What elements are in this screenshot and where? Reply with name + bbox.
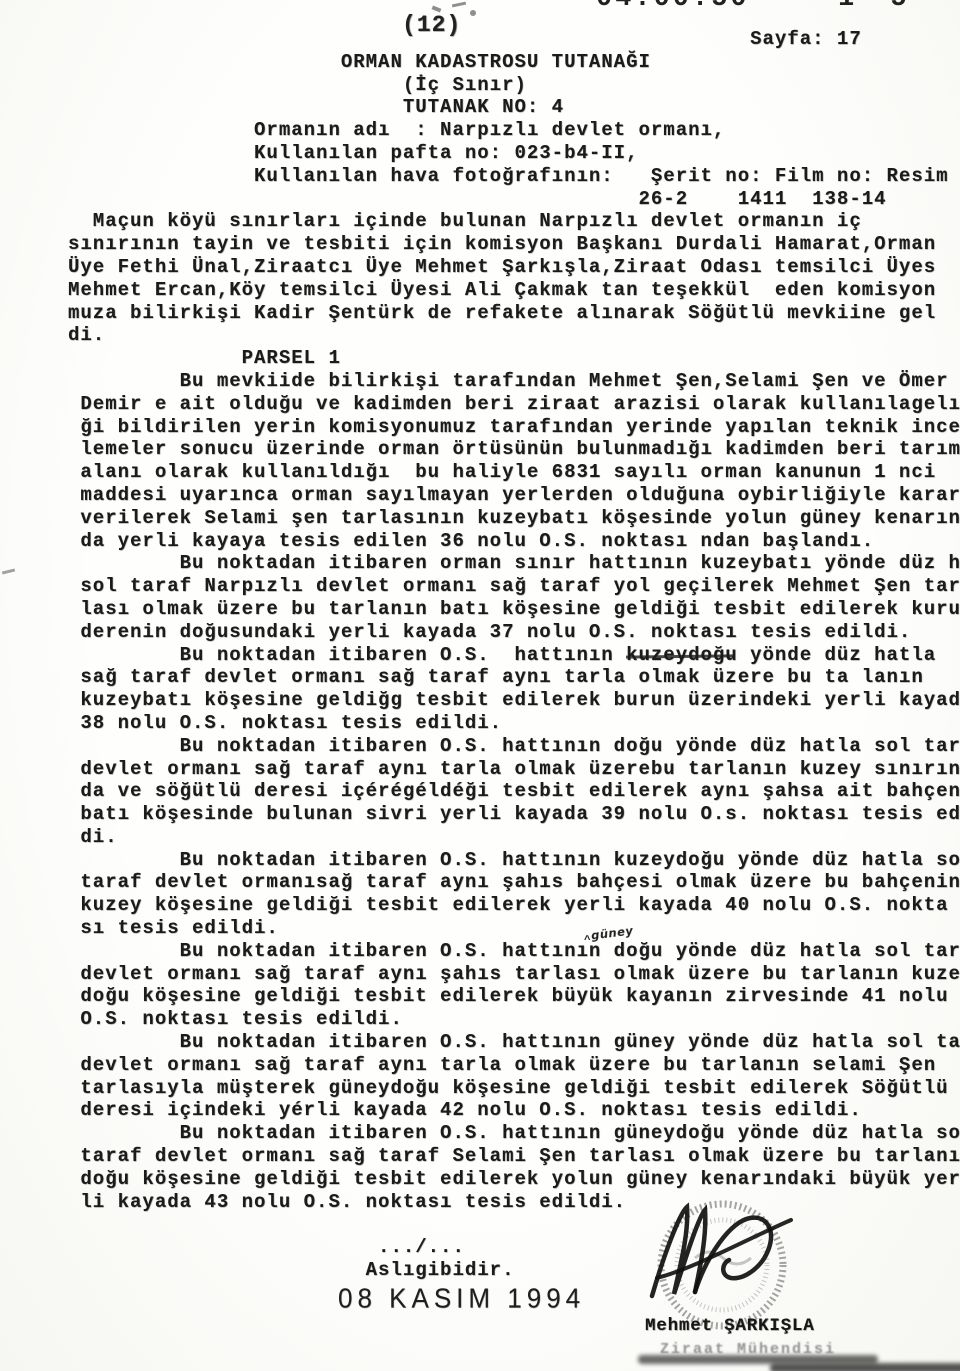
document-line: Mehmet Ercan,Köy temsilci Üyesi Ali Çakm…: [68, 279, 960, 302]
document-line: Maçun köyü sınırları içinde bulunan Narp…: [68, 210, 960, 233]
document-line: devlet ormanı sağ taraf aynı tarla olmak…: [68, 758, 960, 781]
scan-smudge: [770, 1363, 960, 1371]
document-line: O.S. noktası tesis edildi.: [68, 1008, 960, 1031]
document-line: sınırının tayin ve tesbiti için komisyon…: [68, 233, 960, 256]
document-line: Bu mevkiide bilirkişi tarafından Mehmet …: [68, 370, 960, 393]
document-line: sı tesis edildi.: [68, 917, 960, 940]
document-line: da ve söğütlü deresi içérégéldéği tesbit…: [68, 780, 960, 803]
document-line: TUTANAK NO: 4: [68, 96, 960, 119]
document-line: Üye Fethi Ünal,Ziraatcı Üye Mehmet Şarkı…: [68, 256, 960, 279]
document-line: Kullanılan hava fotoğrafının: Şerit no: …: [68, 165, 960, 188]
document-line: Sayfa: 17: [68, 28, 960, 51]
date-stamp: 08 KASIM 1994: [338, 1282, 585, 1315]
document-line: derenin doğusundaki yerli kayada 37 nolu…: [68, 621, 960, 644]
handwritten-annotation: ^güney: [584, 924, 633, 942]
document-line: Kullanılan pafta no: 023-b4-II,: [68, 142, 960, 165]
document-line: devlet ormanı sağ taraf aynı tarla olmak…: [68, 1054, 960, 1077]
document-line: di.: [68, 826, 960, 849]
document-line: muza bilirkişi Kadir Şentürk de refakete…: [68, 302, 960, 325]
document-line: Demir e ait olduğu ve kadimden beri zira…: [68, 393, 960, 416]
ink-smudge: [470, 10, 476, 16]
document-line: (İç Sınır): [68, 74, 960, 97]
annotation-text: güney: [590, 923, 634, 942]
document-line: Bu noktadan itibaren O.S. hattının güney…: [68, 1031, 960, 1054]
document-line: taraf devlet ormanısağ taraf aynı şahıs …: [68, 871, 960, 894]
document-line: ği bildirilen yerin komisyonumuz tarafın…: [68, 416, 960, 439]
document-line: deresi içindeki yérli kayada 42 nolu O.S…: [68, 1099, 960, 1122]
signer-name: Mehmet ŞARKIŞLA: [645, 1316, 815, 1336]
document-line: doğu köşesine geldiği tesbit edilerek bü…: [68, 985, 960, 1008]
document-line: lemeler sonucu üzerinde orman örtüsünün …: [68, 438, 960, 461]
document-line: batı köşesinde bulunan sivri yerli kayad…: [68, 803, 960, 826]
document-line: alanı olarak kullanıldığı bu haliyle 683…: [68, 461, 960, 484]
document-line: kuzey köşesine geldiği tesbit edilerek y…: [68, 894, 960, 917]
document-line: da yerli kayaya tesis edilen 36 nolu O.S…: [68, 530, 960, 553]
header-code-fragment: 04.00.50: [596, 0, 750, 14]
document-body: Sayfa: 17 ORMAN KADASTROSU TUTANAĞI (İç …: [68, 28, 960, 1282]
document-line: ORMAN KADASTROSU TUTANAĞI: [68, 51, 960, 74]
document-line: kuzeybatı köşesine geldiğg tesbit ediler…: [68, 689, 960, 712]
document-line: Bu noktadan itibaren O.S. hattının kuzey…: [68, 644, 960, 667]
document-line: Bu noktadan itibaren O.S. hattının doğu …: [68, 940, 960, 963]
document-line: Bu noktadan itibaren O.S. hattının güney…: [68, 1122, 960, 1145]
ink-smudge: [452, 2, 466, 8]
caret-mark: ^: [584, 935, 591, 947]
document-line: lası olmak üzere bu tarlanın batı köşesi…: [68, 598, 960, 621]
document-line: Bu noktadan itibaren O.S. hattının doğu …: [68, 735, 960, 758]
margin-mark: [2, 568, 15, 574]
document-line: Ormanın adı : Narpızlı devlet ormanı,: [68, 119, 960, 142]
document-line: 26-2 1411 138-14: [68, 188, 960, 211]
document-line: maddesi uyarınca orman sayılmayan yerler…: [68, 484, 960, 507]
document-line: tarlasıyla müşterek güneydoğu köşesine g…: [68, 1077, 960, 1100]
document-line: Bu noktadan itibaren O.S. hattının kuzey…: [68, 849, 960, 872]
document-line: sol taraf Narpızlı devlet ormanı sağ tar…: [68, 575, 960, 598]
document-line: 38 nolu O.S. noktası tesis edildi.: [68, 712, 960, 735]
header-corner-fragment: 1 5: [838, 0, 917, 14]
document-line: verilerek Selami şen tarlasının kuzeybat…: [68, 507, 960, 530]
document-line: PARSEL 1: [68, 347, 960, 370]
document-line: sağ taraf devlet ormanı sağ taraf aynı t…: [68, 666, 960, 689]
document-line: Bu noktadan itibaren orman sınır hattını…: [68, 552, 960, 575]
document-line: taraf devlet ormanı sağ taraf Selami Şen…: [68, 1145, 960, 1168]
scanned-document-page: 04.00.50 1 5 (12) Sayfa: 17 ORMAN KADAST…: [0, 0, 960, 1371]
document-line: devlet ormanı sağ taraf aynı şahıs tarla…: [68, 963, 960, 986]
document-line: di.: [68, 324, 960, 347]
